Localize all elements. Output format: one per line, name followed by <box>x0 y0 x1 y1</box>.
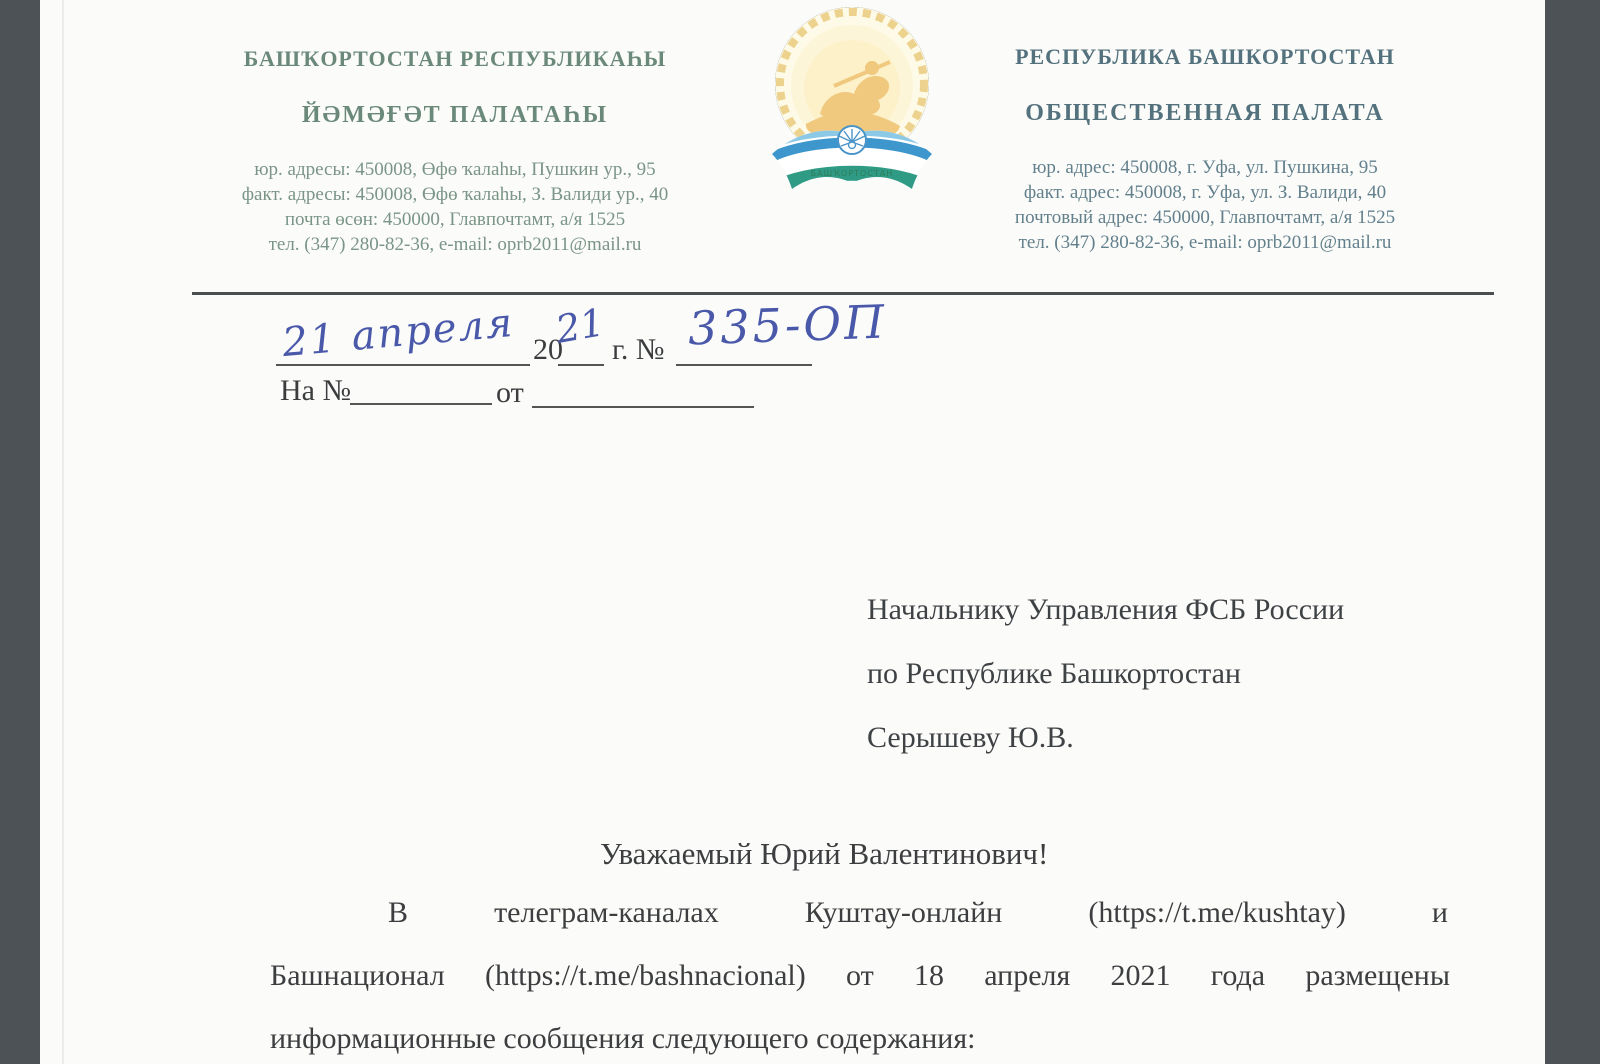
address-line: факт. адрес: 450008, г. Уфа, ул. З. Вали… <box>940 180 1470 205</box>
kurai-flower-icon <box>838 126 866 154</box>
paper-edge-shadow <box>62 0 64 1064</box>
letterhead-divider-rule <box>192 292 1494 295</box>
incoming-number-label: На № <box>280 374 351 408</box>
letterhead-bashkir-country: БАШҠОРТОСТАН РЕСПУБЛИКАҺЫ <box>180 46 730 72</box>
address-line: тел. (347) 280-82-36, e-mail: oprb2011@m… <box>940 230 1470 255</box>
letterhead-bashkir-address: юр. адресы: 450008, Өфө ҡалаһы, Пушкин у… <box>180 157 730 257</box>
addressee-block: Начальнику Управления ФСБ России по Респ… <box>867 578 1344 770</box>
addressee-line: Серышеву Ю.В. <box>867 706 1344 770</box>
incoming-from-label: от <box>496 376 524 410</box>
address-line: почтовый адрес: 450000, Главпочтамт, а/я… <box>940 205 1470 230</box>
handwritten-outgoing-number: 335-ОП <box>687 295 888 356</box>
letterhead-bashkir-org: ЙӘМӘҒӘТ ПАЛАТАҺЫ <box>180 102 730 129</box>
incoming-number-blank-line <box>350 403 492 405</box>
address-line: юр. адрес: 450008, г. Уфа, ул. Пушкина, … <box>940 155 1470 180</box>
addressee-line: Начальнику Управления ФСБ России <box>867 578 1344 642</box>
handwritten-year: 21 <box>553 300 608 352</box>
letterhead-russian-org: ОБЩЕСТВЕННАЯ ПАЛАТА <box>940 100 1470 127</box>
body-paragraph-line: информационные сообщения следующего соде… <box>270 1022 1450 1056</box>
incoming-date-blank-line <box>532 406 754 408</box>
letterhead-russian-address: юр. адрес: 450008, г. Уфа, ул. Пушкина, … <box>940 155 1470 255</box>
scanned-letter-page: БАШҠОРТОСТАН РЕСПУБЛИКАҺЫ ЙӘМӘҒӘТ ПАЛАТА… <box>0 0 1600 1064</box>
address-line: факт. адресы: 450008, Өфө ҡалаһы, З. Вал… <box>180 182 730 207</box>
address-line: юр. адресы: 450008, Өфө ҡалаһы, Пушкин у… <box>180 157 730 182</box>
letterhead-bashkir: БАШҠОРТОСТАН РЕСПУБЛИКАҺЫ ЙӘМӘҒӘТ ПАЛАТА… <box>180 46 730 257</box>
body-paragraph-line: В телеграм-каналах Куштау-онлайн (https:… <box>388 896 1448 930</box>
year-blank-line <box>558 364 604 366</box>
address-line: почта өсөн: 450000, Главпочтамт, а/я 152… <box>180 207 730 232</box>
body-paragraph-line: Башнационал (https://t.me/bashnacional) … <box>270 959 1450 993</box>
bashkortostan-coat-of-arms-icon: БАШҠОРТОСТАН <box>748 2 956 202</box>
emblem-ribbon-text: БАШҠОРТОСТАН <box>811 169 894 178</box>
letterhead-russian: РЕСПУБЛИКА БАШКОРТОСТАН ОБЩЕСТВЕННАЯ ПАЛ… <box>940 44 1470 255</box>
salutation: Уважаемый Юрий Валентинович! <box>600 836 1048 872</box>
date-blank-line <box>276 364 530 366</box>
addressee-line: по Республике Башкортостан <box>867 642 1344 706</box>
letterhead-russian-country: РЕСПУБЛИКА БАШКОРТОСТАН <box>940 44 1470 70</box>
number-blank-line <box>676 364 812 366</box>
address-line: тел. (347) 280-82-36, e-mail: oprb2011@m… <box>180 232 730 257</box>
number-label: г. № <box>612 333 665 367</box>
